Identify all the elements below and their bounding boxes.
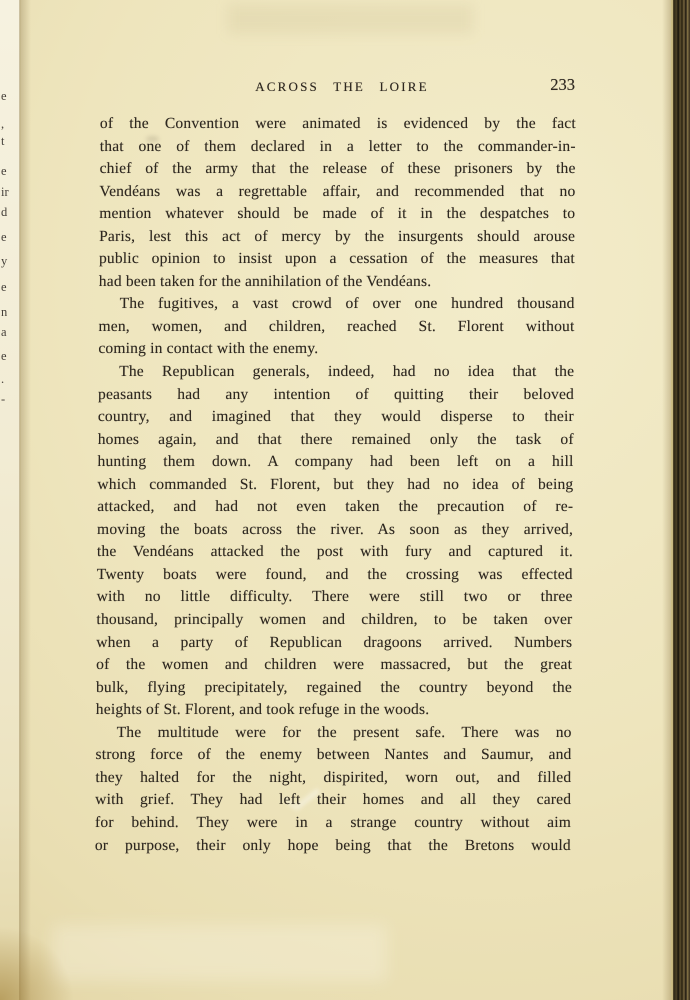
page-edge-fragment: y: [1, 255, 7, 267]
book-fore-edge: [671, 0, 690, 1000]
text-line: homes again, and that there remained onl…: [98, 429, 574, 452]
text-line: of the Convention were animated is evide…: [100, 113, 576, 136]
text-line: coming in contact with the enemy.: [98, 338, 574, 361]
gutter-shadow: [21, 0, 31, 1000]
page-edge-fragment: d: [1, 206, 7, 218]
text-line: public opinion to insist upon a cessatio…: [99, 248, 575, 271]
paragraph: The fugitives, a vast crowd of over one …: [98, 293, 574, 361]
text-line: chief of the army that the release of th…: [100, 158, 576, 181]
page-edge-fragment: ,: [1, 118, 4, 130]
text-line: which commanded St. Florent, but they ha…: [97, 474, 573, 497]
page-edge-fragment: e: [1, 281, 7, 293]
page-edge-fragment: e: [1, 350, 7, 362]
text-line: Twenty boats were found, and the crossin…: [97, 564, 573, 587]
page-number: 233: [550, 75, 575, 95]
page-edge-fragment: e: [1, 90, 7, 102]
fore-edge-shadow: [662, 0, 671, 1000]
page-edge-fragment: e: [1, 231, 7, 243]
page-edge-fragment: a: [1, 326, 7, 338]
text-line: had been taken for the annihilation of t…: [99, 271, 575, 294]
text-line: when a party of Republican dragoons arri…: [96, 632, 572, 655]
page-edge-fragment: n: [1, 306, 7, 318]
text-line: the Vendéans attacked the post with fury…: [97, 541, 573, 564]
text-line: country, and imagined that they would di…: [98, 406, 574, 429]
page-edge-fragment: .: [1, 373, 4, 385]
text-line: strong force of the enemy between Nantes…: [95, 744, 571, 767]
text-line: The Republican generals, indeed, had no …: [98, 361, 574, 384]
page-edge-fragment: t: [1, 135, 4, 147]
paragraph: The Republican generals, indeed, had no …: [96, 361, 575, 722]
text-line: moving the boats across the river. As so…: [97, 519, 573, 542]
corner-shade: [0, 920, 80, 1000]
text-line: Paris, lest this act of mercy by the ins…: [99, 226, 575, 249]
text-line: that one of them declared in a letter to…: [100, 136, 576, 159]
book-scan: e,teirdeyenae.- ACROSS THE LOIRE 233 of …: [0, 0, 690, 1000]
text-line: with no little difficulty. There were st…: [97, 586, 573, 609]
text-line: they halted for the night, dispirited, w…: [95, 767, 571, 790]
running-header: ACROSS THE LOIRE 233: [100, 77, 576, 95]
text-line: peasants had any intention of quitting t…: [98, 384, 574, 407]
text-line: heights of St. Florent, and took refuge …: [96, 699, 572, 722]
page-edge-fragment: -: [1, 393, 5, 405]
paragraph: The multitude were for the present safe.…: [95, 722, 572, 857]
text-line: men, women, and children, reached St. Fl…: [98, 316, 574, 339]
text-line: of the women and children were massacred…: [96, 654, 572, 677]
page-edge-fragment: ir: [1, 186, 9, 198]
text-line: with grief. They had left their homes an…: [95, 789, 571, 812]
text-line: attacked, and had not even taken the pre…: [97, 496, 573, 519]
text-line: The fugitives, a vast crowd of over one …: [99, 293, 575, 316]
text-line: for behind. They were in a strange count…: [95, 812, 571, 835]
text-line: mention whatever should be made of it in…: [99, 203, 575, 226]
text-line: hunting them down. A company had been le…: [97, 451, 573, 474]
text-line: or purpose, their only hope being that t…: [95, 835, 571, 858]
page-edge-fragment: e: [1, 165, 7, 177]
text-line: bulk, flying precipitately, regained the…: [96, 677, 572, 700]
text-line: The multitude were for the present safe.…: [96, 722, 572, 745]
running-title: ACROSS THE LOIRE: [108, 79, 576, 95]
paragraph: of the Convention were animated is evide…: [99, 113, 576, 293]
text-line: Vendéans was a regrettable affair, and r…: [99, 181, 575, 204]
text-line: thousand, principally women and children…: [96, 609, 572, 632]
text-block: of the Convention were animated is evide…: [95, 113, 576, 857]
facing-page-edge: e,teirdeyenae.-: [0, 0, 20, 1000]
